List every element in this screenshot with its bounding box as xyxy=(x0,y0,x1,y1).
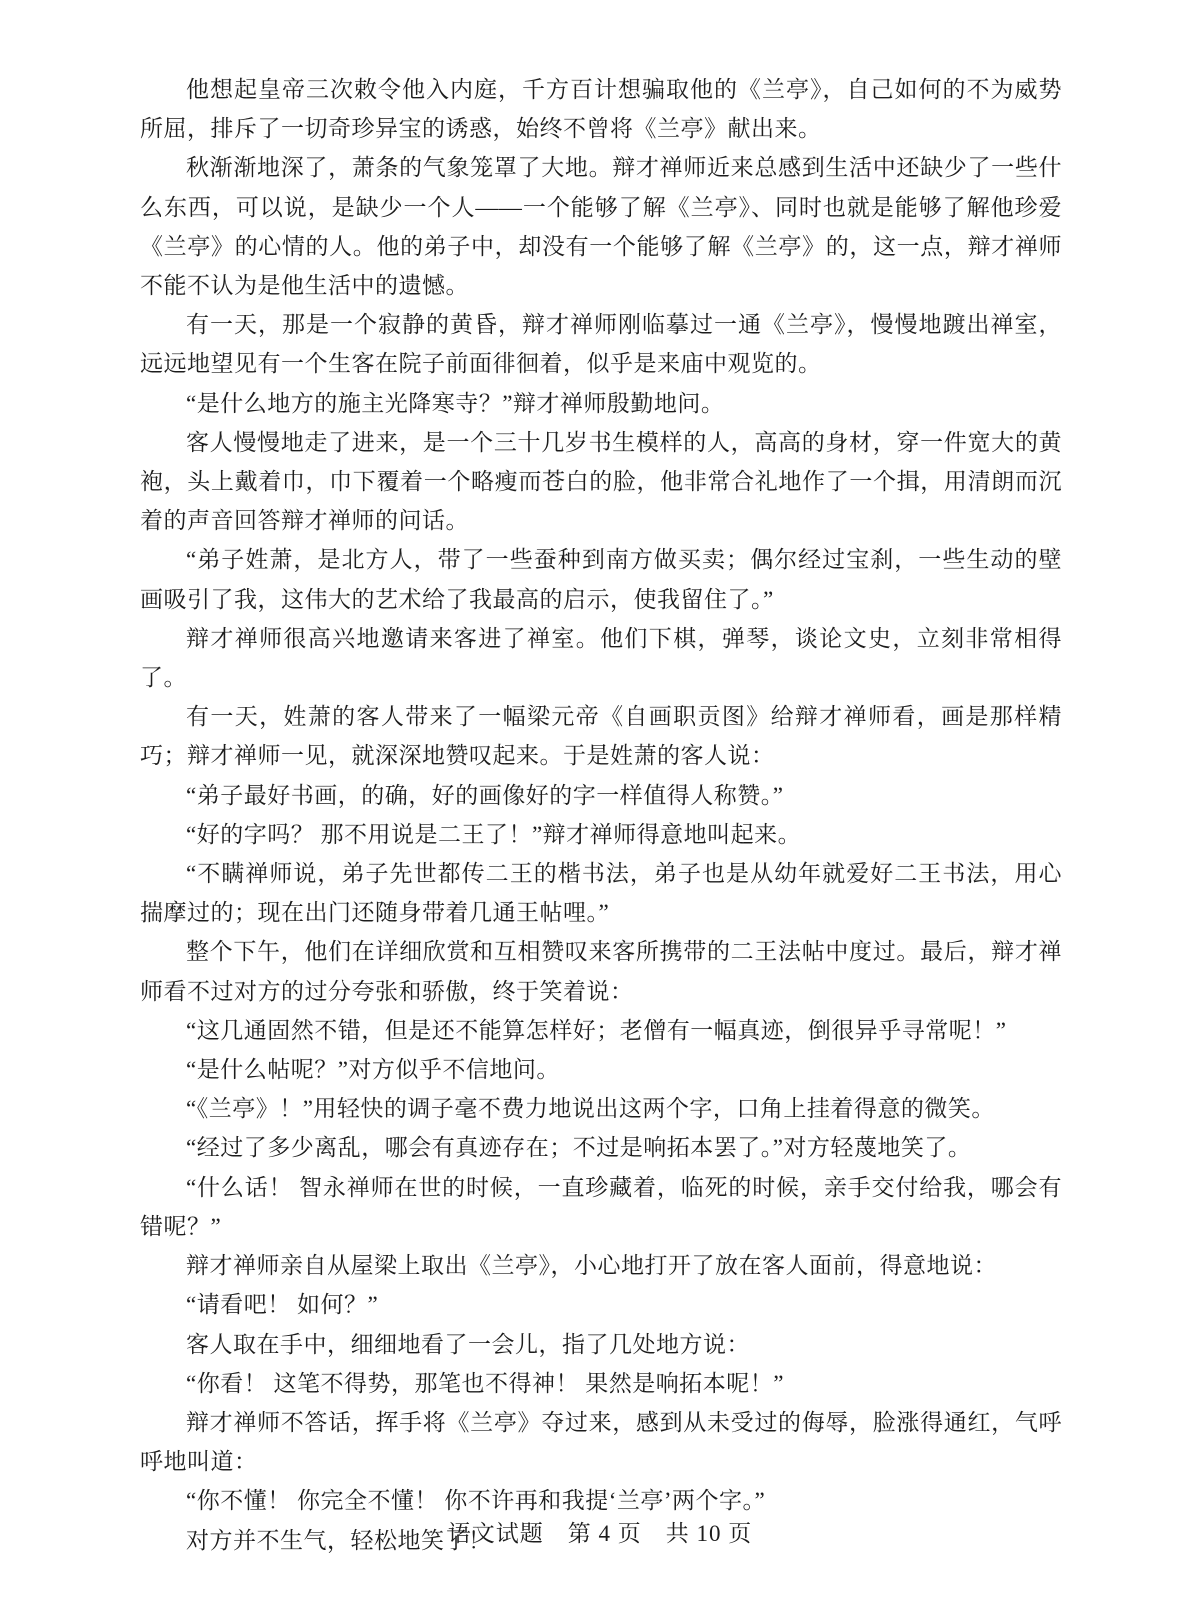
paragraph: “弟子姓萧，是北方人，带了一些蚕种到南方做买卖；偶尔经过宝刹，一些生动的壁画吸引… xyxy=(140,540,1062,618)
paragraph: 客人慢慢地走了进来，是一个三十几岁书生模样的人，高高的身材，穿一件宽大的黄袍，头… xyxy=(140,423,1062,541)
paragraph: “好的字吗？ 那不用说是二王了！”辩才禅师得意地叫起来。 xyxy=(140,815,1062,854)
paragraph: “这几通固然不错，但是还不能算怎样好；老僧有一幅真迹，倒很异乎寻常呢！” xyxy=(140,1011,1062,1050)
paragraph: “弟子最好书画，的确，好的画像好的字一样值得人称赞。” xyxy=(140,776,1062,815)
paragraph: 他想起皇帝三次敕令他入内庭，千方百计想骗取他的《兰亭》，自己如何的不为威势所屈，… xyxy=(140,70,1062,148)
paragraph: 辩才禅师不答话，挥手将《兰亭》夺过来，感到从未受过的侮辱，脸涨得通红，气呼呼地叫… xyxy=(140,1403,1062,1481)
page-footer: 语文试题 第 4 页 共 10 页 xyxy=(0,1520,1200,1548)
paragraph: “不瞒禅师说，弟子先世都传二王的楷书法，弟子也是从幼年就爱好二王书法，用心揣摩过… xyxy=(140,854,1062,932)
paragraph: 有一天，那是一个寂静的黄昏，辩才禅师刚临摹过一通《兰亭》，慢慢地踱出禅室，远远地… xyxy=(140,305,1062,383)
paragraph: 秋渐渐地深了，萧条的气象笼罩了大地。辩才禅师近来总感到生活中还缺少了一些什么东西… xyxy=(140,148,1062,305)
paragraph: “你不懂！ 你完全不懂！ 你不许再和我提‘兰亭’两个字。” xyxy=(140,1481,1062,1520)
article-body: 他想起皇帝三次敕令他入内庭，千方百计想骗取他的《兰亭》，自己如何的不为威势所屈，… xyxy=(140,70,1062,1560)
paragraph: “是什么帖呢？”对方似乎不信地问。 xyxy=(140,1050,1062,1089)
paragraph: 整个下午，他们在详细欣赏和互相赞叹来客所携带的二王法帖中度过。最后，辩才禅师看不… xyxy=(140,932,1062,1010)
paragraph: “什么话！ 智永禅师在世的时候，一直珍藏着，临死的时候，亲手交付给我，哪会有错呢… xyxy=(140,1168,1062,1246)
paragraph: 客人取在手中，细细地看了一会儿，指了几处地方说： xyxy=(140,1325,1062,1364)
paragraph: “请看吧！ 如何？” xyxy=(140,1285,1062,1324)
exam-page: 他想起皇帝三次敕令他入内庭，千方百计想骗取他的《兰亭》，自己如何的不为威势所屈，… xyxy=(0,0,1200,1620)
paragraph: 辩才禅师亲自从屋梁上取出《兰亭》，小心地打开了放在客人面前，得意地说： xyxy=(140,1246,1062,1285)
paragraph: 辩才禅师很高兴地邀请来客进了禅室。他们下棋，弹琴，谈论文史，立刻非常相得了。 xyxy=(140,619,1062,697)
paragraph: “经过了多少离乱，哪会有真迹存在；不过是响拓本罢了。”对方轻蔑地笑了。 xyxy=(140,1128,1062,1167)
paragraph: “是什么地方的施主光降寒寺？”辩才禅师殷勤地问。 xyxy=(140,384,1062,423)
paragraph: “你看！ 这笔不得势，那笔也不得神！ 果然是响拓本呢！” xyxy=(140,1364,1062,1403)
paragraph: “《兰亭》！”用轻快的调子毫不费力地说出这两个字，口角上挂着得意的微笑。 xyxy=(140,1089,1062,1128)
paragraph: 有一天，姓萧的客人带来了一幅梁元帝《自画职贡图》给辩才禅师看，画是那样精巧；辩才… xyxy=(140,697,1062,775)
